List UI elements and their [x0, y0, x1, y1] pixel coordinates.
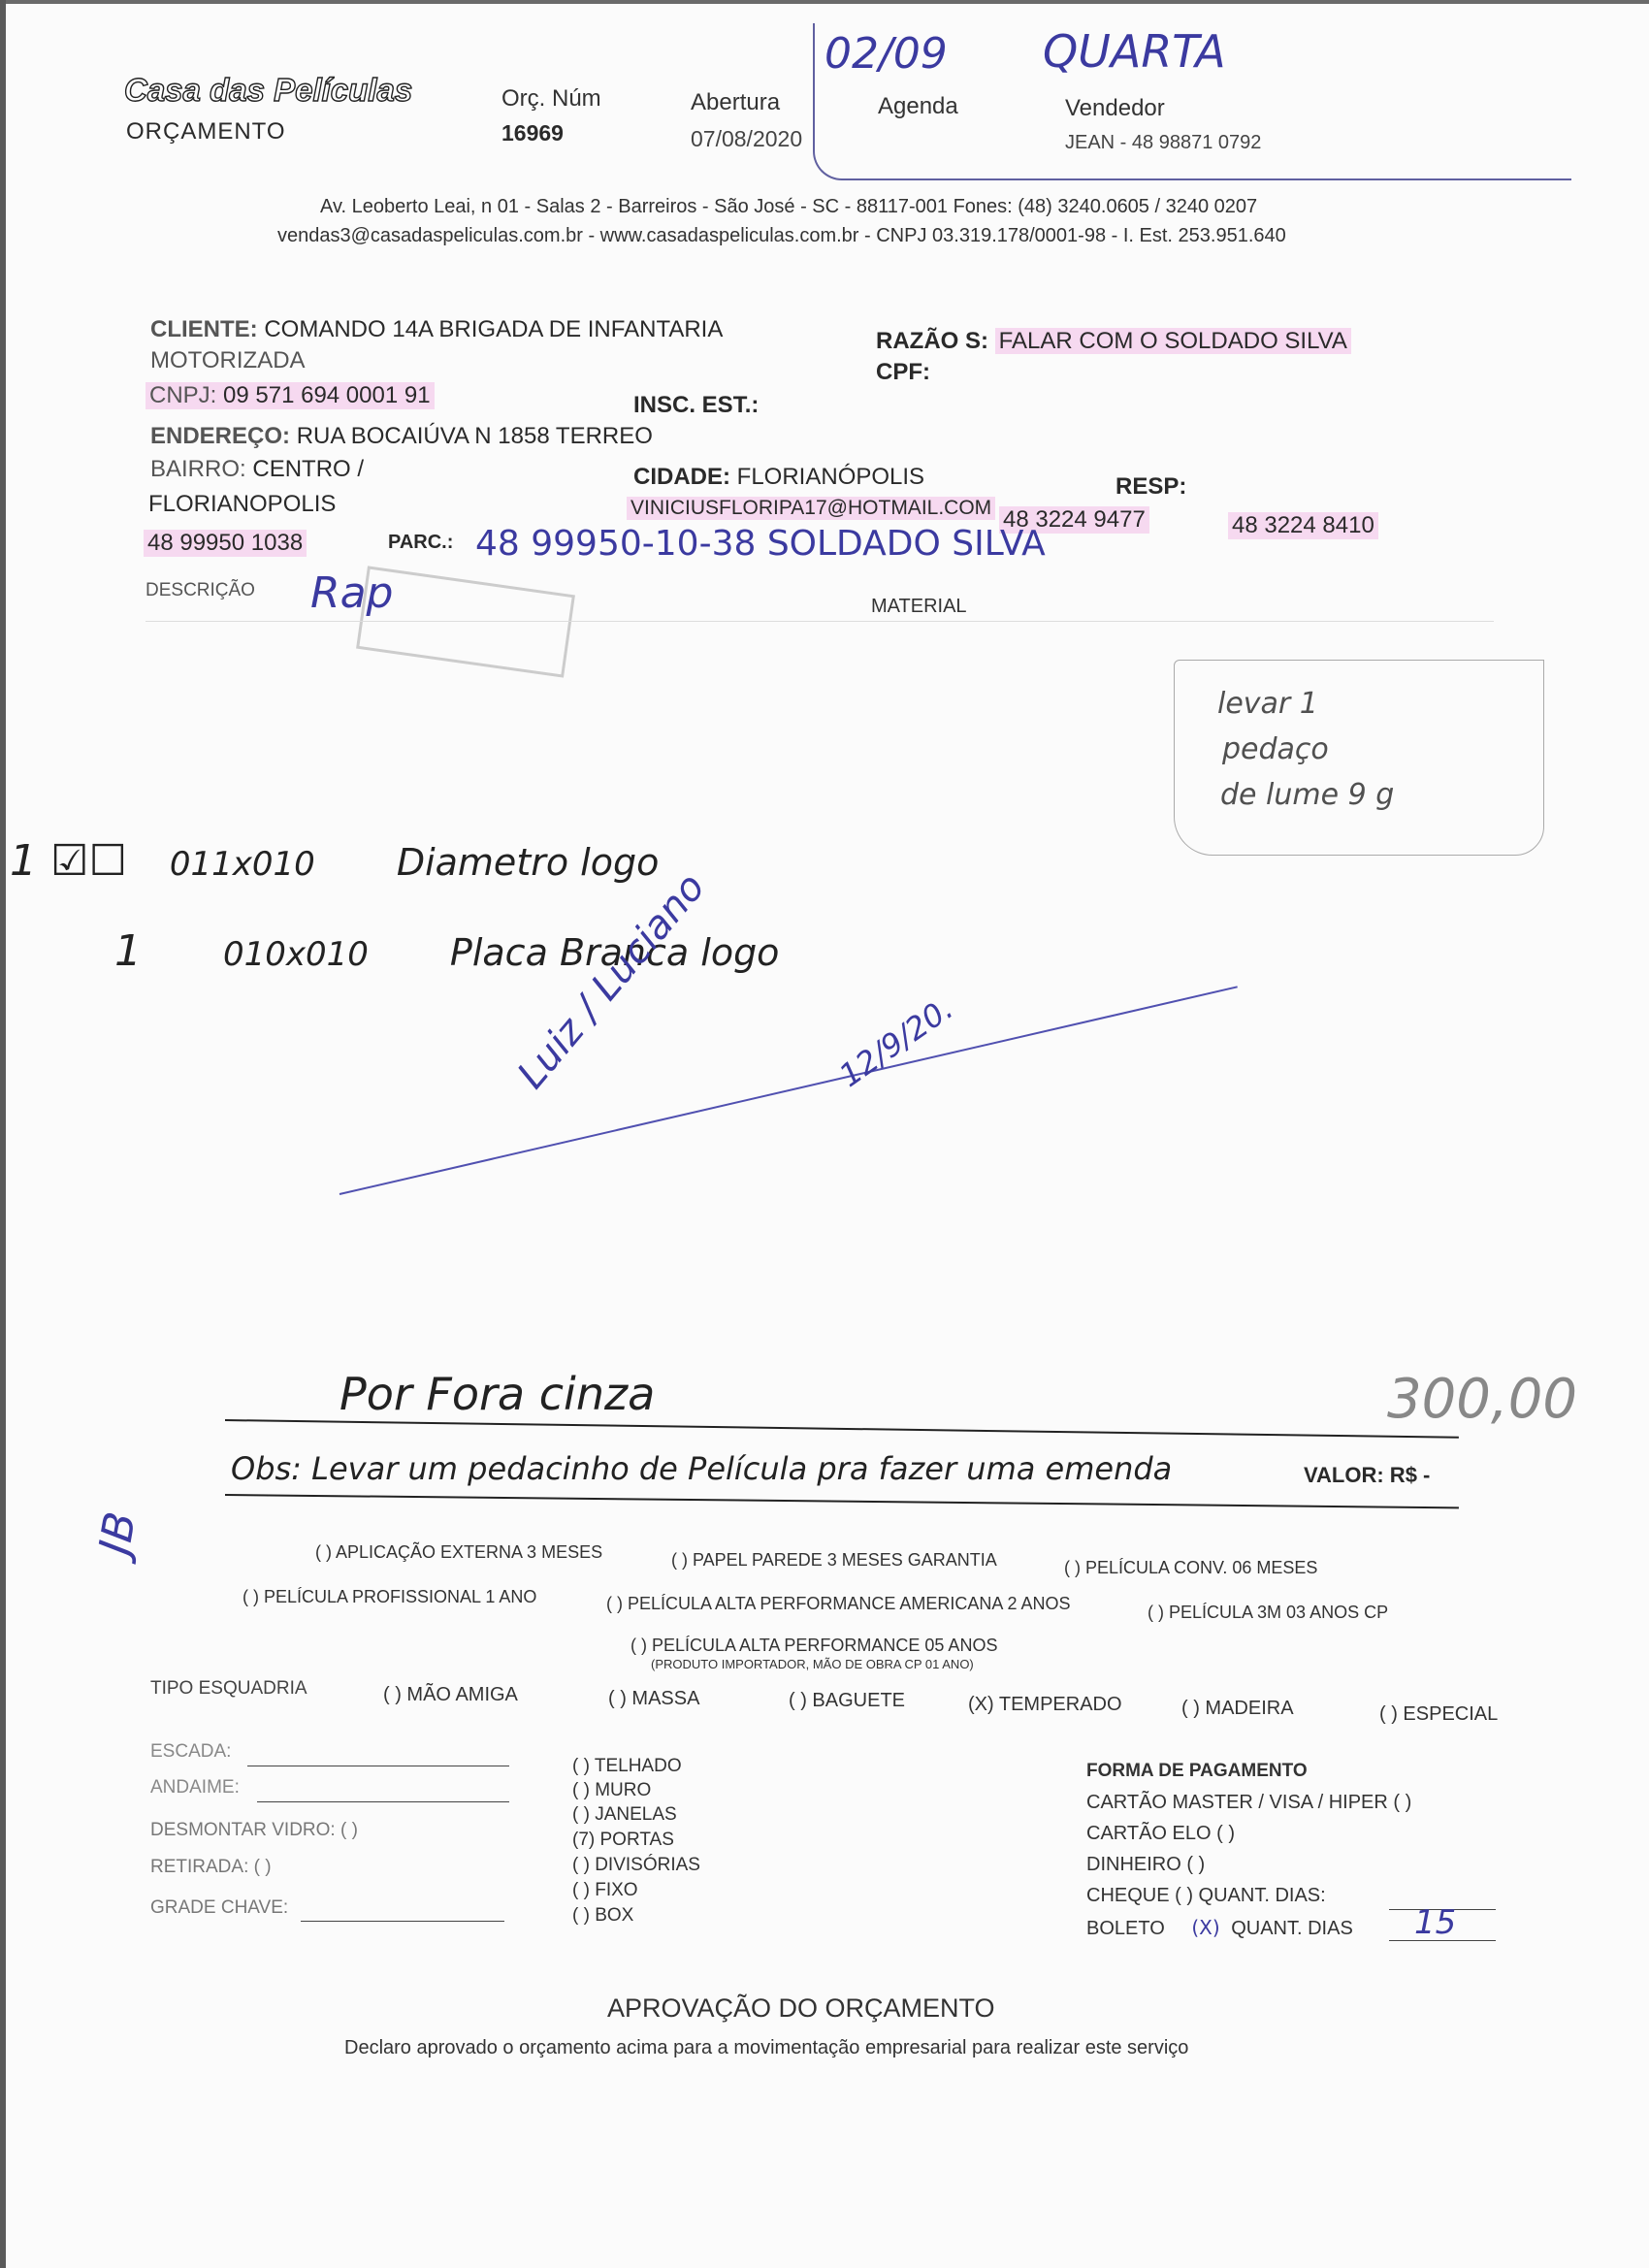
endereco-field: ENDEREÇO: RUA BOCAIÚVA N 1858 TERREO — [150, 423, 653, 450]
agenda-date-handwritten: 02/09 — [824, 29, 948, 79]
cliente-label: CLIENTE: — [150, 316, 258, 342]
location-muro[interactable]: ( ) MURO — [572, 1780, 651, 1801]
checkbox-icon: ☑☐ — [50, 836, 127, 886]
tipo-esquadria-label: TIPO ESQUADRIA — [150, 1678, 307, 1700]
cidade-field: CIDADE: FLORIANÓPOLIS — [633, 464, 924, 491]
item-qty: 1 — [10, 836, 37, 886]
orc-num-label: Orç. Núm — [501, 85, 601, 113]
resp-label: RESP: — [1115, 473, 1186, 501]
service-line-1: Por Fora cinza — [339, 1368, 655, 1420]
company-contact: vendas3@casadaspeliculas.com.br - www.ca… — [277, 225, 1286, 247]
phone-3: 48 3224 8410 — [1228, 512, 1378, 539]
approval-title: APROVAÇÃO DO ORÇAMENTO — [607, 1993, 995, 2024]
desmontar-vidro[interactable]: DESMONTAR VIDRO: ( ) — [150, 1820, 358, 1841]
agenda-day-handwritten: QUARTA — [1043, 25, 1226, 78]
boleto-dias-label: QUANT. DIAS — [1231, 1918, 1353, 1939]
grade-chave-label: GRADE CHAVE: — [150, 1897, 288, 1919]
cnpj-field: CNPJ: 09 571 694 0001 91 — [145, 382, 435, 409]
orc-num-value: 16969 — [501, 120, 564, 146]
option-pelicula-profissional[interactable]: ( ) PELÍCULA PROFISSIONAL 1 ANO — [242, 1587, 536, 1607]
option-pelicula-3m[interactable]: ( ) PELÍCULA 3M 03 ANOS CP — [1148, 1603, 1388, 1623]
bairro-value-line2: FLORIANOPOLIS — [148, 491, 336, 518]
cidade-value: FLORIANÓPOLIS — [737, 464, 924, 490]
service-line-2: Obs: Levar um pedacinho de Película pra … — [231, 1450, 1172, 1487]
payment-cartao-elo[interactable]: CARTÃO ELO ( ) — [1086, 1823, 1235, 1845]
pencil-note-line-1: levar 1 — [1217, 687, 1318, 721]
option-alta-performance-05-note: (PRODUTO IMPORTADOR, MÃO DE OBRA CP 01 A… — [651, 1657, 974, 1671]
agenda-label: Agenda — [878, 93, 958, 120]
signature-date: 12/9/20. — [832, 989, 959, 1094]
razao-value: FALAR COM O SOLDADO SILVA — [995, 328, 1351, 354]
descricao-handwritten: Rap — [310, 568, 393, 618]
signature-line — [339, 986, 1238, 1195]
retirada[interactable]: RETIRADA: ( ) — [150, 1857, 272, 1878]
parc-handwritten: 48 99950-10-38 SOLDADO SILVA — [475, 524, 1046, 564]
abertura-label: Abertura — [691, 89, 780, 116]
endereco-label: ENDEREÇO: — [150, 423, 290, 449]
esquadria-especial[interactable]: ( ) ESPECIAL — [1379, 1703, 1498, 1726]
pencil-note-line-2: pedaço — [1222, 732, 1329, 766]
service-line-1-rule — [225, 1419, 1459, 1439]
company-address: Av. Leoberto Leai, n 01 - Salas 2 - Barr… — [320, 196, 1257, 218]
boleto-checkmark[interactable]: (X) — [1191, 1916, 1219, 1939]
cliente-value: COMANDO 14A BRIGADA DE INFANTARIA — [264, 316, 723, 342]
option-aplicacao-externa[interactable]: ( ) APLICAÇÃO EXTERNA 3 MESES — [315, 1542, 602, 1563]
location-portas[interactable]: (7) PORTAS — [572, 1830, 674, 1851]
grade-chave-input-line[interactable] — [301, 1921, 504, 1922]
pencil-note-line-3: de lume 9 g — [1220, 778, 1394, 812]
endereco-value: RUA BOCAIÚVA N 1858 TERREO — [297, 423, 653, 449]
andaime-input-line[interactable] — [257, 1801, 509, 1802]
location-box[interactable]: ( ) BOX — [572, 1905, 633, 1927]
cliente-value-line2: MOTORIZADA — [150, 347, 306, 374]
location-janelas[interactable]: ( ) JANELAS — [572, 1804, 677, 1826]
location-divisorias[interactable]: ( ) DIVISÓRIAS — [572, 1855, 700, 1876]
razao-field: RAZÃO S: FALAR COM O SOLDADO SILVA — [876, 328, 1351, 355]
payment-title: FORMA DE PAGAMENTO — [1086, 1761, 1308, 1782]
bairro-value: CENTRO / — [252, 456, 364, 482]
abertura-value: 07/08/2020 — [691, 126, 802, 152]
payment-dinheiro[interactable]: DINHEIRO ( ) — [1086, 1854, 1205, 1876]
escada-input-line[interactable] — [247, 1766, 509, 1766]
esquadria-baguete[interactable]: ( ) BAGUETE — [789, 1690, 905, 1712]
item-qty: 1 — [114, 926, 142, 976]
service-line-2-rule — [225, 1494, 1459, 1508]
cnpj-value: 09 571 694 0001 91 — [223, 382, 431, 408]
initials-handwritten: JB — [90, 1508, 146, 1558]
signature: Luiz / Luciano — [509, 865, 714, 1097]
parc-label: PARC.: — [388, 532, 453, 554]
boleto-dias-value[interactable]: 15 — [1414, 1903, 1456, 1942]
valor-label: VALOR: R$ - — [1304, 1463, 1430, 1488]
insc-est-label: INSC. EST.: — [633, 392, 759, 419]
item-row-1: 1 ☑☐ 011x010 Diametro logo — [10, 836, 659, 886]
payment-boleto[interactable]: BOLETO (X) QUANT. DIAS — [1086, 1916, 1353, 1940]
location-fixo[interactable]: ( ) FIXO — [572, 1880, 638, 1901]
item-code: 010x010 — [223, 935, 369, 974]
bairro-field: BAIRRO: CENTRO / — [150, 456, 364, 483]
scan-edge-left — [0, 0, 6, 2268]
document-type: ORÇAMENTO — [126, 118, 286, 146]
item-code: 011x010 — [170, 845, 315, 884]
option-alta-performance-americana[interactable]: ( ) PELÍCULA ALTA PERFORMANCE AMERICANA … — [606, 1594, 1070, 1614]
boleto-dias-line — [1389, 1940, 1496, 1941]
cidade-label: CIDADE: — [633, 464, 730, 490]
esquadria-massa[interactable]: ( ) MASSA — [608, 1688, 699, 1710]
esquadria-madeira[interactable]: ( ) MADEIRA — [1181, 1698, 1294, 1720]
option-papel-parede[interactable]: ( ) PAPEL PAREDE 3 MESES GARANTIA — [671, 1550, 997, 1571]
description-divider — [145, 621, 1494, 622]
descricao-label: DESCRIÇÃO — [145, 580, 255, 601]
payment-cheque[interactable]: CHEQUE ( ) QUANT. DIAS: — [1086, 1885, 1326, 1907]
cnpj-label: CNPJ: — [149, 382, 216, 408]
razao-label: RAZÃO S: — [876, 328, 988, 354]
location-telhado[interactable]: ( ) TELHADO — [572, 1756, 682, 1777]
vendedor-label: Vendedor — [1065, 95, 1165, 122]
price-handwritten: 300,00 — [1387, 1368, 1577, 1431]
option-alta-performance-05[interactable]: ( ) PELÍCULA ALTA PERFORMANCE 05 ANOS — [630, 1636, 997, 1656]
item-desc: Diametro logo — [397, 841, 660, 884]
email-value: VINICIUSFLORIPA17@HOTMAIL.COM — [627, 497, 995, 520]
bairro-label: BAIRRO: — [150, 456, 246, 482]
vendedor-value: JEAN - 48 98871 0792 — [1065, 132, 1261, 154]
payment-cartao-master[interactable]: CARTÃO MASTER / VISA / HIPER ( ) — [1086, 1792, 1411, 1814]
phone-1: 48 99950 1038 — [144, 530, 307, 557]
boleto-label: BOLETO — [1086, 1918, 1165, 1939]
scan-edge-top — [0, 0, 1649, 4]
andaime-label: ANDAIME: — [150, 1777, 240, 1798]
cpf-label: CPF: — [876, 359, 930, 386]
option-pelicula-conv[interactable]: ( ) PELÍCULA CONV. 06 MESES — [1064, 1558, 1317, 1578]
esquadria-temperado[interactable]: (X) TEMPERADO — [968, 1694, 1122, 1716]
material-label: MATERIAL — [871, 596, 967, 618]
company-logo: Casa das Películas — [124, 72, 412, 109]
escada-label: ESCADA: — [150, 1741, 231, 1763]
cliente-field: CLIENTE: COMANDO 14A BRIGADA DE INFANTAR… — [150, 316, 723, 343]
esquadria-mao-amiga[interactable]: ( ) MÃO AMIGA — [383, 1684, 518, 1706]
approval-text: Declaro aprovado o orçamento acima para … — [344, 2037, 1188, 2059]
